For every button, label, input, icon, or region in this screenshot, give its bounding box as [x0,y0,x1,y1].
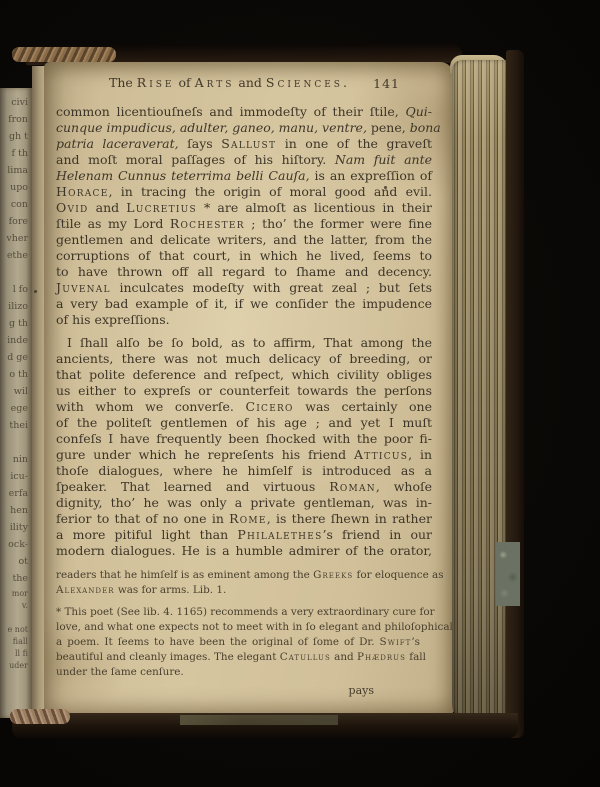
text-segment: and [89,200,127,215]
text-segment: Ovid [56,200,89,215]
text-segment: is an expreſſion of [310,168,432,183]
text-segment: was for arms. Lib. 1. [115,584,227,596]
text-line: and moſt moral paſſages of his hiſtory. … [56,152,432,168]
edge-text-fragment: mor [8,588,28,600]
text-segment: a very bad example of it, if we conſider… [56,296,432,311]
text-segment: cunque impudicus, adulter, ganeo, manu, … [56,120,367,135]
photo-of-open-book: civifrongh tf thlimaupoconforevherethe l… [0,0,600,787]
text-segment: dignity, tho’ he was only a private gent… [56,495,432,510]
text-segment: inculcates modeſty with great zeal ; but… [111,280,432,295]
edge-text-fragment: ll fi [8,648,28,660]
text-segment: for eloquence as [353,569,443,581]
text-segment: a more pitiful light than [56,527,237,542]
paragraph: * This poet (See lib. 4. 1165) recommend… [56,605,420,680]
edge-text-fragment: inde [6,332,28,349]
text-segment: Phædrus [357,651,406,663]
edge-text-fragment: upo [6,179,28,196]
text-segment: Philalethes [237,527,322,542]
edge-text-fragment: g th [6,315,28,332]
text-segment: Lucretius [126,200,197,215]
text-segment: , whoſe [376,479,432,494]
text-segment: , in [408,447,432,462]
ink-speck [34,290,37,293]
running-head-title: The Rise of Arts and Sciences. [109,75,347,90]
body-text: common licentiouſneſs and immodeſty of t… [56,104,432,559]
ink-speck [384,186,387,189]
text-segment: Swift [380,636,412,648]
text-segment: * This poet (See lib. 4. 1165) recommend… [56,606,435,618]
text-segment: in one of the graveſt [276,136,432,151]
text-segment: gentlemen and delicate writers, and the … [56,232,432,247]
text-segment: Atticus [354,447,408,462]
text-line: a more pitiful light than Philalethes’s … [56,527,432,543]
text-segment: confeſs I have frequently been ſhocked w… [56,431,432,446]
edge-text-fragment: wil [6,383,28,400]
edge-text-fragment: fron [6,111,28,128]
text-segment: of [175,75,195,90]
edge-text-fragment: civi [6,94,28,111]
text-line: Ovid and Lucretius * are almoſt as licen… [56,200,432,216]
text-line: thoſe dialogues, where he himſelf is int… [56,463,432,479]
text-line: cunque impudicus, adulter, ganeo, manu, … [56,120,432,136]
text-line: patria laceraverat, ſays Sallust in one … [56,136,432,152]
edge-text-fragment: e not [8,624,28,636]
text-segment: was certainly one [294,399,432,414]
text-segment: Nam fuit ante [335,152,432,167]
text-line: love, and what one expects not to meet w… [56,620,420,635]
text-segment: ancients, there was not much delicacy of… [56,351,432,366]
text-segment: Rise [137,75,175,90]
facing-page-text-fragments: civifrongh tf thlimaupoconforevherethe l… [6,94,28,587]
edge-text-fragment: con [6,196,28,213]
edge-text-fragment: fore [6,213,28,230]
text-line: us either to expreſs or counterfeit towa… [56,383,432,399]
text-line: common licentiouſneſs and immodeſty of t… [56,104,432,120]
text-segment: ; tho’ the former were fine [245,216,432,231]
text-segment: pene, [367,120,410,135]
marbled-paper-patch [496,542,520,606]
text-segment: to have thrown off all regard to ſhame a… [56,264,432,279]
edge-text-fragment: ock- [6,536,28,553]
edge-text-fragment: ot [6,553,28,570]
text-line: ſpeaker. That learned and virtuous Roman… [56,479,432,495]
text-segment: I ſhall alſo be ſo bold, as to affirm, T… [67,335,432,350]
text-segment: ’s friend in our [323,527,433,542]
text-segment: of his expreſſions. [56,312,170,327]
text-segment: Qui- [405,104,432,119]
running-head: The Rise of Arts and Sciences. 141 [44,75,454,93]
text-segment: and [234,75,265,90]
facing-page-footnote-fragments: morv. e notfiallll fiuder [8,588,28,672]
text-segment: Sallust [221,136,276,151]
edge-text-fragment: icu- [6,468,28,485]
text-segment: Cicero [245,399,293,414]
edge-text-fragment: vher [6,230,28,247]
page-number: 141 [373,76,400,91]
text-line: Horace, in tracing the origin of moral g… [56,184,432,200]
text-line: ſtile as my Lord Rochester ; tho’ the fo… [56,216,432,232]
text-line: modern dialogues. He is a humble admirer… [56,543,432,559]
text-segment: ſays [179,136,222,151]
paragraph: common licentiouſneſs and immodeſty of t… [56,104,432,328]
text-segment: a poem. It ſeems to have been the origin… [56,636,380,648]
text-line: that polite deference and reſpect, which… [56,367,432,383]
text-segment: The [109,75,137,90]
edge-text-fragment: v. [8,600,28,612]
paragraph: readers that he himſelf is as eminent am… [56,568,420,598]
text-segment: and moſt moral paſſages of his hiſtory. [56,152,335,167]
text-segment: Greeks [313,569,353,581]
text-segment: Catullus [280,651,331,663]
text-line: of his expreſſions. [56,312,432,328]
text-segment: patria laceraverat, [56,136,179,151]
edge-text-fragment: uder [8,660,28,672]
text-segment: , is there ſhewn in rather [267,511,432,526]
text-segment: of the politeſt gentlemen of his age ; a… [56,415,432,430]
text-segment: and [331,651,357,663]
text-segment: that polite deference and reſpect, which… [56,367,432,382]
text-line: gure under which he repreſents his frien… [56,447,432,463]
edge-text-fragment: f th [6,145,28,162]
text-segment: . [343,75,347,90]
text-segment: with whom we converſe. [56,399,245,414]
text-line: to have thrown off all regard to ſhame a… [56,264,432,280]
text-segment: ferior to that of no one in [56,511,229,526]
edge-text-fragment: l fo [6,281,28,298]
text-line: of the politeſt gentlemen of his age ; a… [56,415,432,431]
text-segment: common licentiouſneſs and immodeſty of t… [56,104,405,119]
headband-bottom [10,709,70,724]
edge-text-fragment: nin [6,451,28,468]
text-segment: Rochester [170,216,245,231]
text-segment: ’s [411,636,420,648]
text-segment: Sciences [266,75,343,90]
book-cover-right [506,50,524,738]
edge-text-fragment: gh t [6,128,28,145]
book-cover-bottom-edge [12,713,518,738]
book-page: The Rise of Arts and Sciences. 141 commo… [44,62,454,718]
text-segment: Roman [329,479,376,494]
edge-text-fragment [6,434,28,451]
fore-edge-pages [452,60,508,724]
text-line: * This poet (See lib. 4. 1165) recommend… [56,605,420,620]
text-line: Alexander was for arms. Lib. 1. [56,583,420,598]
text-line: under the ſame cenſure. [56,665,420,680]
text-segment: beautiful and cleanly images. The elegan… [56,651,280,663]
edge-text-fragment: the [6,570,28,587]
edge-text-fragment: d ge [6,349,28,366]
edge-text-fragment: erfa [6,485,28,502]
text-segment: ſtile as my Lord [56,216,170,231]
text-line: beautiful and cleanly images. The elegan… [56,650,420,665]
edge-text-fragment [6,264,28,281]
text-line: Helenam Cunnus teterrima belli Cauſa, is… [56,168,432,184]
text-segment: Alexander [56,584,115,596]
text-segment: Helenam Cunnus teterrima belli Cauſa, [56,168,310,183]
text-segment: Juvenal [56,280,111,295]
text-line: ferior to that of no one in Rome, is the… [56,511,432,527]
headband-top [12,47,116,62]
edge-text-fragment: ethe [6,247,28,264]
text-line: gentlemen and delicate writers, and the … [56,232,432,248]
text-line: with whom we converſe. Cicero was certai… [56,399,432,415]
text-segment: corruptions of that court, in which he l… [56,248,432,263]
facing-page-edge: civifrongh tf thlimaupoconforevherethe l… [0,88,32,718]
text-segment: Arts [195,75,235,90]
edge-text-fragment: hen [6,502,28,519]
text-segment: * are almoſt as licentious in their [197,200,432,215]
text-line: corruptions of that court, in which he l… [56,248,432,264]
text-line: ancients, there was not much delicacy of… [56,351,432,367]
text-line: a poem. It ſeems to have been the origin… [56,635,420,650]
text-segment: fall [406,651,426,663]
text-segment: under the ſame cenſure. [56,666,184,678]
text-segment: thoſe dialogues, where he himſelf is int… [56,463,432,478]
text-segment: readers that he himſelf is as eminent am… [56,569,313,581]
text-segment: us either to expreſs or counterfeit towa… [56,383,432,398]
text-line: a very bad example of it, if we conſider… [56,296,432,312]
text-segment: love, and what one expects not to meet w… [56,621,453,633]
text-segment: modern dialogues. He is a humble admirer… [56,543,432,558]
edge-text-fragment [8,612,28,624]
edge-text-fragment: o th [6,366,28,383]
catchword: pays [44,684,374,697]
text-segment: bona [410,120,441,135]
footnotes: readers that he himſelf is as eminent am… [56,568,420,680]
text-line: confeſs I have frequently been ſhocked w… [56,431,432,447]
edge-text-fragment: ilizo [6,298,28,315]
paragraph: I ſhall alſo be ſo bold, as to affirm, T… [56,335,432,559]
edge-text-fragment: lima [6,162,28,179]
edge-text-fragment: ege [6,400,28,417]
text-segment: Horace [56,184,109,199]
text-line: I ſhall alſo be ſo bold, as to affirm, T… [56,335,432,351]
edge-text-fragment: thei [6,417,28,434]
edge-text-fragment: fiall [8,636,28,648]
text-line: Juvenal inculcates modeſty with great ze… [56,280,432,296]
text-line: dignity, tho’ he was only a private gent… [56,495,432,511]
text-segment: Rome [229,511,267,526]
text-line: readers that he himſelf is as eminent am… [56,568,420,583]
edge-text-fragment: ility [6,519,28,536]
text-segment: gure under which he repreſents his frien… [56,447,354,462]
text-segment: ſpeaker. That learned and virtuous [56,479,329,494]
marbled-bottom-strip [180,715,338,725]
